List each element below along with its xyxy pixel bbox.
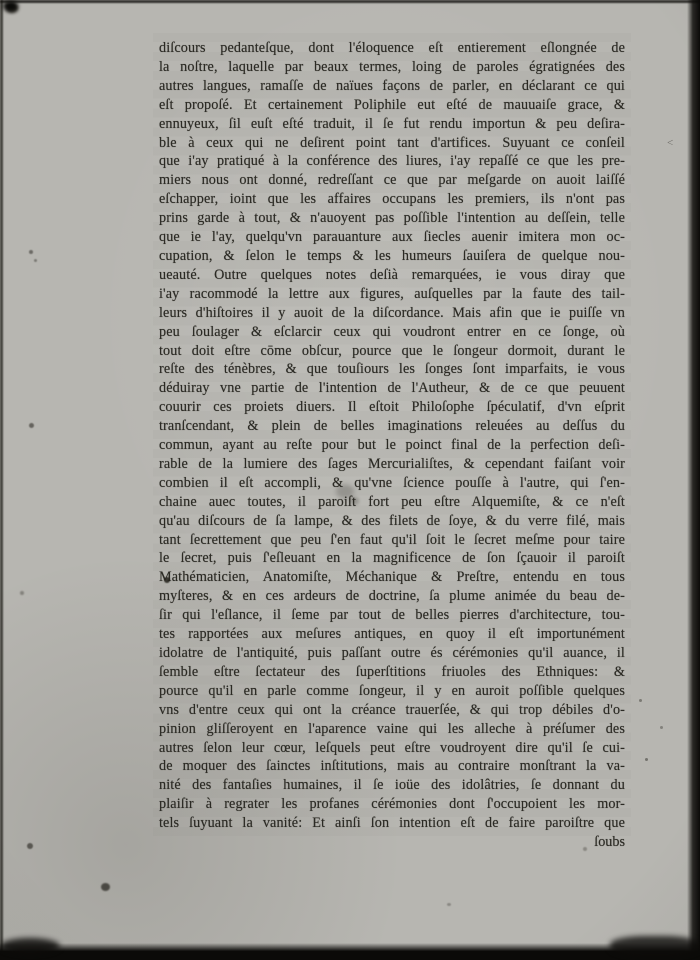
margin-mark: < bbox=[667, 137, 673, 149]
stain-spot bbox=[29, 423, 34, 428]
text-line: ble à ceux qui ne deſirent point tant d'… bbox=[159, 134, 625, 153]
scan-corner-bottom-left bbox=[0, 938, 60, 954]
text-line: i'ay racommodé la lettre aux figures, au… bbox=[159, 285, 625, 304]
scan-edge-bottom bbox=[0, 943, 700, 960]
text-line: de moquer des ſainctes inſtitutions, mai… bbox=[159, 757, 625, 776]
text-line: que ie l'ay, quelqu'vn parauanture aux ſ… bbox=[159, 228, 625, 247]
text-line: idolatre de l'antiquité, puis paſſant ou… bbox=[159, 644, 625, 663]
text-line: autres langues, ramaſſe de naïues façons… bbox=[159, 77, 625, 96]
text-line: vns d'entre ceux qui ont la créance trau… bbox=[159, 701, 625, 720]
text-line: leurs d'hiſtoires il y auoit de la diſco… bbox=[159, 304, 625, 323]
text-line: rable de la lumiere des ſages Mercuriali… bbox=[159, 455, 625, 474]
text-line: tes rapportées aux meſures antiques, en … bbox=[159, 625, 625, 644]
text-line: couurir ces proiets diuers. Il eſtoit Ph… bbox=[159, 398, 625, 417]
stain-spot bbox=[101, 883, 110, 891]
text-line: prins garde à tout, & n'auoyent pas poſſ… bbox=[159, 209, 625, 228]
text-line: chaine auec toutes, il paroiſt fort peu … bbox=[159, 493, 625, 512]
stain-spot bbox=[29, 250, 33, 254]
text-line: peu ſoulager & eſclarcir ceux qui voudro… bbox=[159, 323, 625, 342]
text-line: ſemble eſtre ſectateur des ſuperſtitions… bbox=[159, 663, 625, 682]
text-line: déduiray vne partie de l'intention de l'… bbox=[159, 379, 625, 398]
text-line: miers nous ont donné, redreſſant ce que … bbox=[159, 171, 625, 190]
text-line: autres ſelon leur cœur, leſquels peut eſ… bbox=[159, 739, 625, 758]
scan-corner-top-left bbox=[3, 1, 18, 11]
text-line: Mathématicien, Anatomiſte, Méchanique & … bbox=[159, 568, 625, 587]
scan-edge-left bbox=[0, 0, 3, 960]
text-line: ueauté. Outre quelques notes deſià remar… bbox=[159, 266, 625, 285]
stain-spot bbox=[27, 843, 33, 849]
scanned-book-page: diſcours pedanteſque, dont l'éloquence e… bbox=[0, 0, 700, 960]
text-line: tout doit eſtre cōme obſcur, pource que … bbox=[159, 342, 625, 361]
scan-edge-top bbox=[0, 0, 700, 3]
stain-spot bbox=[447, 903, 451, 906]
text-line: eſt propoſé. Et certainement Poliphile e… bbox=[159, 96, 625, 115]
text-line: que i'ay pratiqué à la conférence des li… bbox=[159, 152, 625, 171]
scan-corner-bottom-right bbox=[610, 936, 700, 956]
stain-spot bbox=[639, 699, 642, 702]
stain-spot bbox=[34, 259, 37, 262]
text-line: myſteres, & en ces ardeurs de doctrine, … bbox=[159, 587, 625, 606]
text-line: tels ſuyuant la vanité: Et ainſi ſon int… bbox=[159, 814, 625, 833]
catchword: ſoubs bbox=[159, 833, 625, 852]
text-line: ſir qui l'eſlance, il ſeme par tout de b… bbox=[159, 606, 625, 625]
text-line: cupation, & ſelon le temps & les humeurs… bbox=[159, 247, 625, 266]
text-line: pinion gliſſeroyent en l'aparence vaine … bbox=[159, 720, 625, 739]
text-line: combien il eſt accompli, & qu'vne ſcienc… bbox=[159, 474, 625, 493]
scan-edge-right bbox=[687, 0, 700, 960]
stain-spot bbox=[660, 726, 663, 729]
text-line: reſte des ténèbres, & que touſiours les … bbox=[159, 360, 625, 379]
text-line: plaiſir à regrater les profanes cérémoni… bbox=[159, 795, 625, 814]
text-line: ennuyeux, ſil euſt eſté traduit, il ſe f… bbox=[159, 115, 625, 134]
text-line: commun, ayant au reſte pour but le poinc… bbox=[159, 436, 625, 455]
text-line: qu'au diſcours de ſa lampe, & des filets… bbox=[159, 512, 625, 531]
stain-spot bbox=[645, 758, 648, 761]
text-line: tranſcendant, & plein de belles imaginat… bbox=[159, 417, 625, 436]
text-line: la noſtre, laquelle par beaux termes, lo… bbox=[159, 58, 625, 77]
text-line: nité des fantaſies humaines, il ſe ioüe … bbox=[159, 776, 625, 795]
text-line: eſchapper, ioint que les affaires occupa… bbox=[159, 190, 625, 209]
stain-spot bbox=[6, 4, 18, 13]
text-line: pource qu'il en parle comme ſongeur, il … bbox=[159, 682, 625, 701]
text-line: diſcours pedanteſque, dont l'éloquence e… bbox=[159, 39, 625, 58]
text-line: le ſecret, puis ſ'eſleuant en la magnifi… bbox=[159, 549, 625, 568]
stain-spot bbox=[20, 591, 24, 595]
text-line: tant ſecrettement que peu ſ'en faut qu'i… bbox=[159, 531, 625, 550]
body-text: diſcours pedanteſque, dont l'éloquence e… bbox=[159, 39, 625, 833]
